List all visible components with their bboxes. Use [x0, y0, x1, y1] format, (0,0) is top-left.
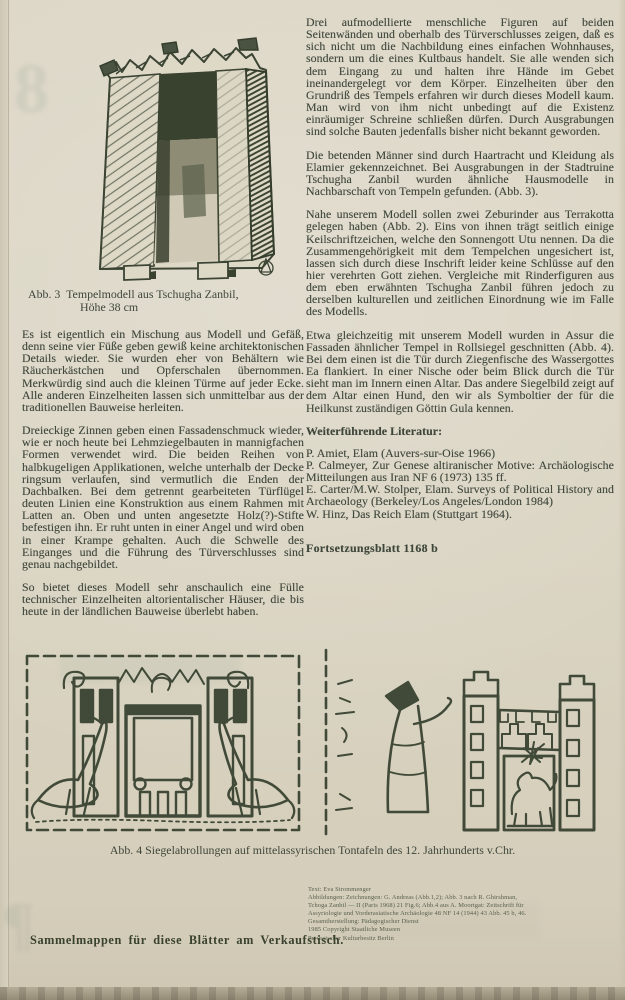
footer-note: Sammelmappen für diese Blätter am Verkau…	[30, 933, 344, 948]
imprint-line: Gesamtherstellung: Pädagogischer Dienst	[308, 918, 610, 926]
imprint-line: Text: Eva Strommenger	[308, 886, 610, 894]
left-column: Es ist eigentlich ein Mischung aus Model…	[22, 328, 304, 628]
imprint-line: Abbildungen: Zeichnungen: G. Andreas (Ab…	[308, 894, 610, 902]
scanned-document-page: 8 ¶	[0, 0, 625, 1000]
imprint-block: Text: Eva Strommenger Abbildungen: Zeich…	[308, 886, 610, 943]
imprint-line: 1985 Copyright Staatliche Museen	[308, 926, 610, 934]
right-column: Drei aufmodellierte menschliche Figuren …	[306, 16, 614, 565]
bleedthrough-ghost: 8	[14, 50, 49, 130]
literature-heading: Weiterführende Literatur:	[306, 425, 614, 437]
imprint-line: Assyriologie und Vorderasiatische Archäo…	[308, 910, 610, 918]
continuation-sheet-label: Fortsetzungsblatt 1168 b	[306, 542, 614, 554]
body-paragraph: Drei aufmodellierte menschliche Figuren …	[306, 16, 614, 138]
body-paragraph: Es ist eigentlich ein Mischung aus Model…	[22, 328, 304, 413]
figure3-caption-label: Abb. 3	[28, 287, 60, 301]
literature-entry: W. Hinz, Das Reich Elam (Stuttgart 1964)…	[306, 508, 614, 520]
figure3-caption: Abb. 3 Tempelmodell aus Tschugha Zanbil,…	[28, 288, 300, 314]
body-paragraph: Die betenden Männer sind durch Haartrach…	[306, 149, 614, 198]
seal-gate-dog-illustration	[316, 644, 606, 844]
literature-list: P. Amiet, Elam (Auvers-sur-Oise 1966) P.…	[306, 447, 614, 520]
figure4-caption: Abb. 4 Siegelabrollungen auf mittelassyr…	[0, 843, 625, 858]
imprint-line: Tchoga Zanbil — II (Paris 1968) 21 Fig.6…	[308, 902, 610, 910]
body-paragraph: Etwa gleichzeitig mit unserem Modell wur…	[306, 329, 614, 414]
figure3-caption-line2: Höhe 38 cm	[80, 301, 300, 314]
body-paragraph: Nahe unserem Modell sollen zwei Zeburind…	[306, 208, 614, 317]
figure4-right-image	[316, 644, 606, 844]
figure3-image	[70, 16, 292, 284]
literature-entry: P. Calmeyer, Zur Genese altiranischer Mo…	[306, 459, 614, 483]
body-paragraph: Dreieckige Zinnen geben einen Fassadensc…	[22, 424, 304, 570]
page-bottom-edge	[0, 987, 625, 1000]
body-paragraph: So bietet dieses Modell sehr anschaulich…	[22, 581, 304, 617]
literature-entry: E. Carter/M.W. Stolper, Elam. Surveys of…	[306, 483, 614, 507]
temple-model-illustration	[70, 16, 292, 284]
imprint-line: Preussischer Kulturbesitz Berlin	[308, 935, 610, 943]
figure4-left-image	[22, 648, 306, 840]
figure3-caption-text: Tempelmodell aus Tschugha Zanbil,	[66, 287, 238, 301]
seal-goatfish-illustration	[22, 648, 306, 840]
